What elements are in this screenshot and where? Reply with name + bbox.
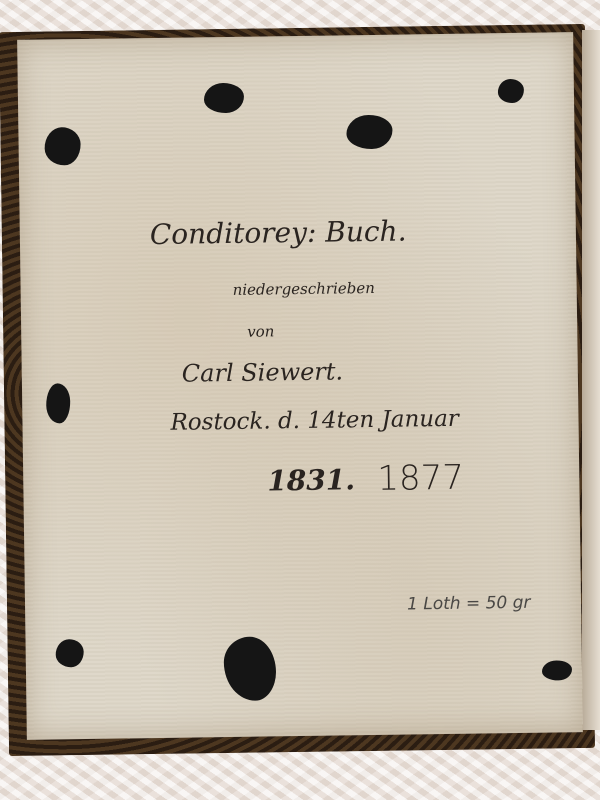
stain-top-center [346,115,392,150]
title-page: Conditorey: Buch. niedergeschrieben von … [17,32,583,740]
next-page-edge [582,30,600,730]
stain-bottom-left [56,639,84,667]
year-1877: 1877 [377,458,464,499]
author-line: Carl Siewert. [182,357,344,387]
place-date-line: Rostock. d. 14ten Januar [170,406,459,436]
stain-top-left [44,127,81,165]
pencil-conversion-note: 1 Loth = 50 gr [407,593,531,615]
stain-bottom-center [223,636,276,701]
title-line: Conditorey: Buch. [150,214,407,251]
year-1831: 1831. [267,463,355,497]
by-line: von [247,322,274,340]
stain-top-center-left [204,83,244,114]
stain-mid-left [46,383,71,423]
stain-bottom-right [542,660,572,680]
subtitle-line: niedergeschrieben [233,279,375,299]
stain-top-right [498,79,524,103]
